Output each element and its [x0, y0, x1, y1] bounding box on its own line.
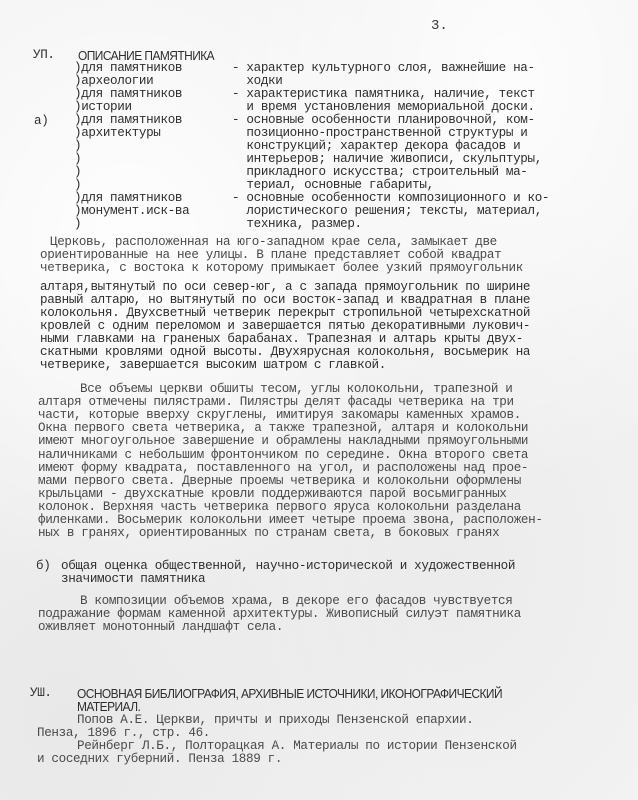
- section-8-title-line: МАТЕРИАЛ.: [77, 700, 140, 713]
- paragraph-line: четверика, с востока к которому примыкае…: [40, 262, 523, 275]
- monument-type-criteria: техника, размер.: [232, 218, 362, 231]
- monument-type-label: )монумент.иск-ва: [74, 205, 189, 218]
- paragraph-line: четверике, завершается высоким шатром с …: [40, 359, 386, 372]
- section-7-number: УП.: [33, 49, 55, 62]
- page-number: 3.: [431, 18, 448, 34]
- monument-type-label: ): [74, 218, 81, 231]
- item-a-marker: а): [34, 115, 48, 128]
- section-8-title-line: ОСНОВНАЯ БИБЛИОГРАФИЯ, АРХИВНЫЕ ИСТОЧНИК…: [77, 687, 502, 700]
- section-8-number: УШ.: [30, 687, 52, 700]
- paragraph-line: ных в гранях, ориентированных по странам…: [38, 527, 499, 540]
- document-page: 3. УП. ОПИСАНИЕ ПАМЯТНИКА а) )для памятн…: [0, 0, 638, 800]
- monument-type-label: )архитектуры: [74, 127, 161, 140]
- item-b-line: значимости памятника: [61, 573, 205, 586]
- item-b-marker: б): [36, 560, 50, 573]
- paragraph-line: оживляет монотонный ландшафт села.: [38, 621, 283, 634]
- paragraph-line: имеют многоугольное завершение и обрамле…: [38, 435, 528, 448]
- bibliography-line: и соседних губерний. Пенза 1889 г.: [37, 753, 282, 766]
